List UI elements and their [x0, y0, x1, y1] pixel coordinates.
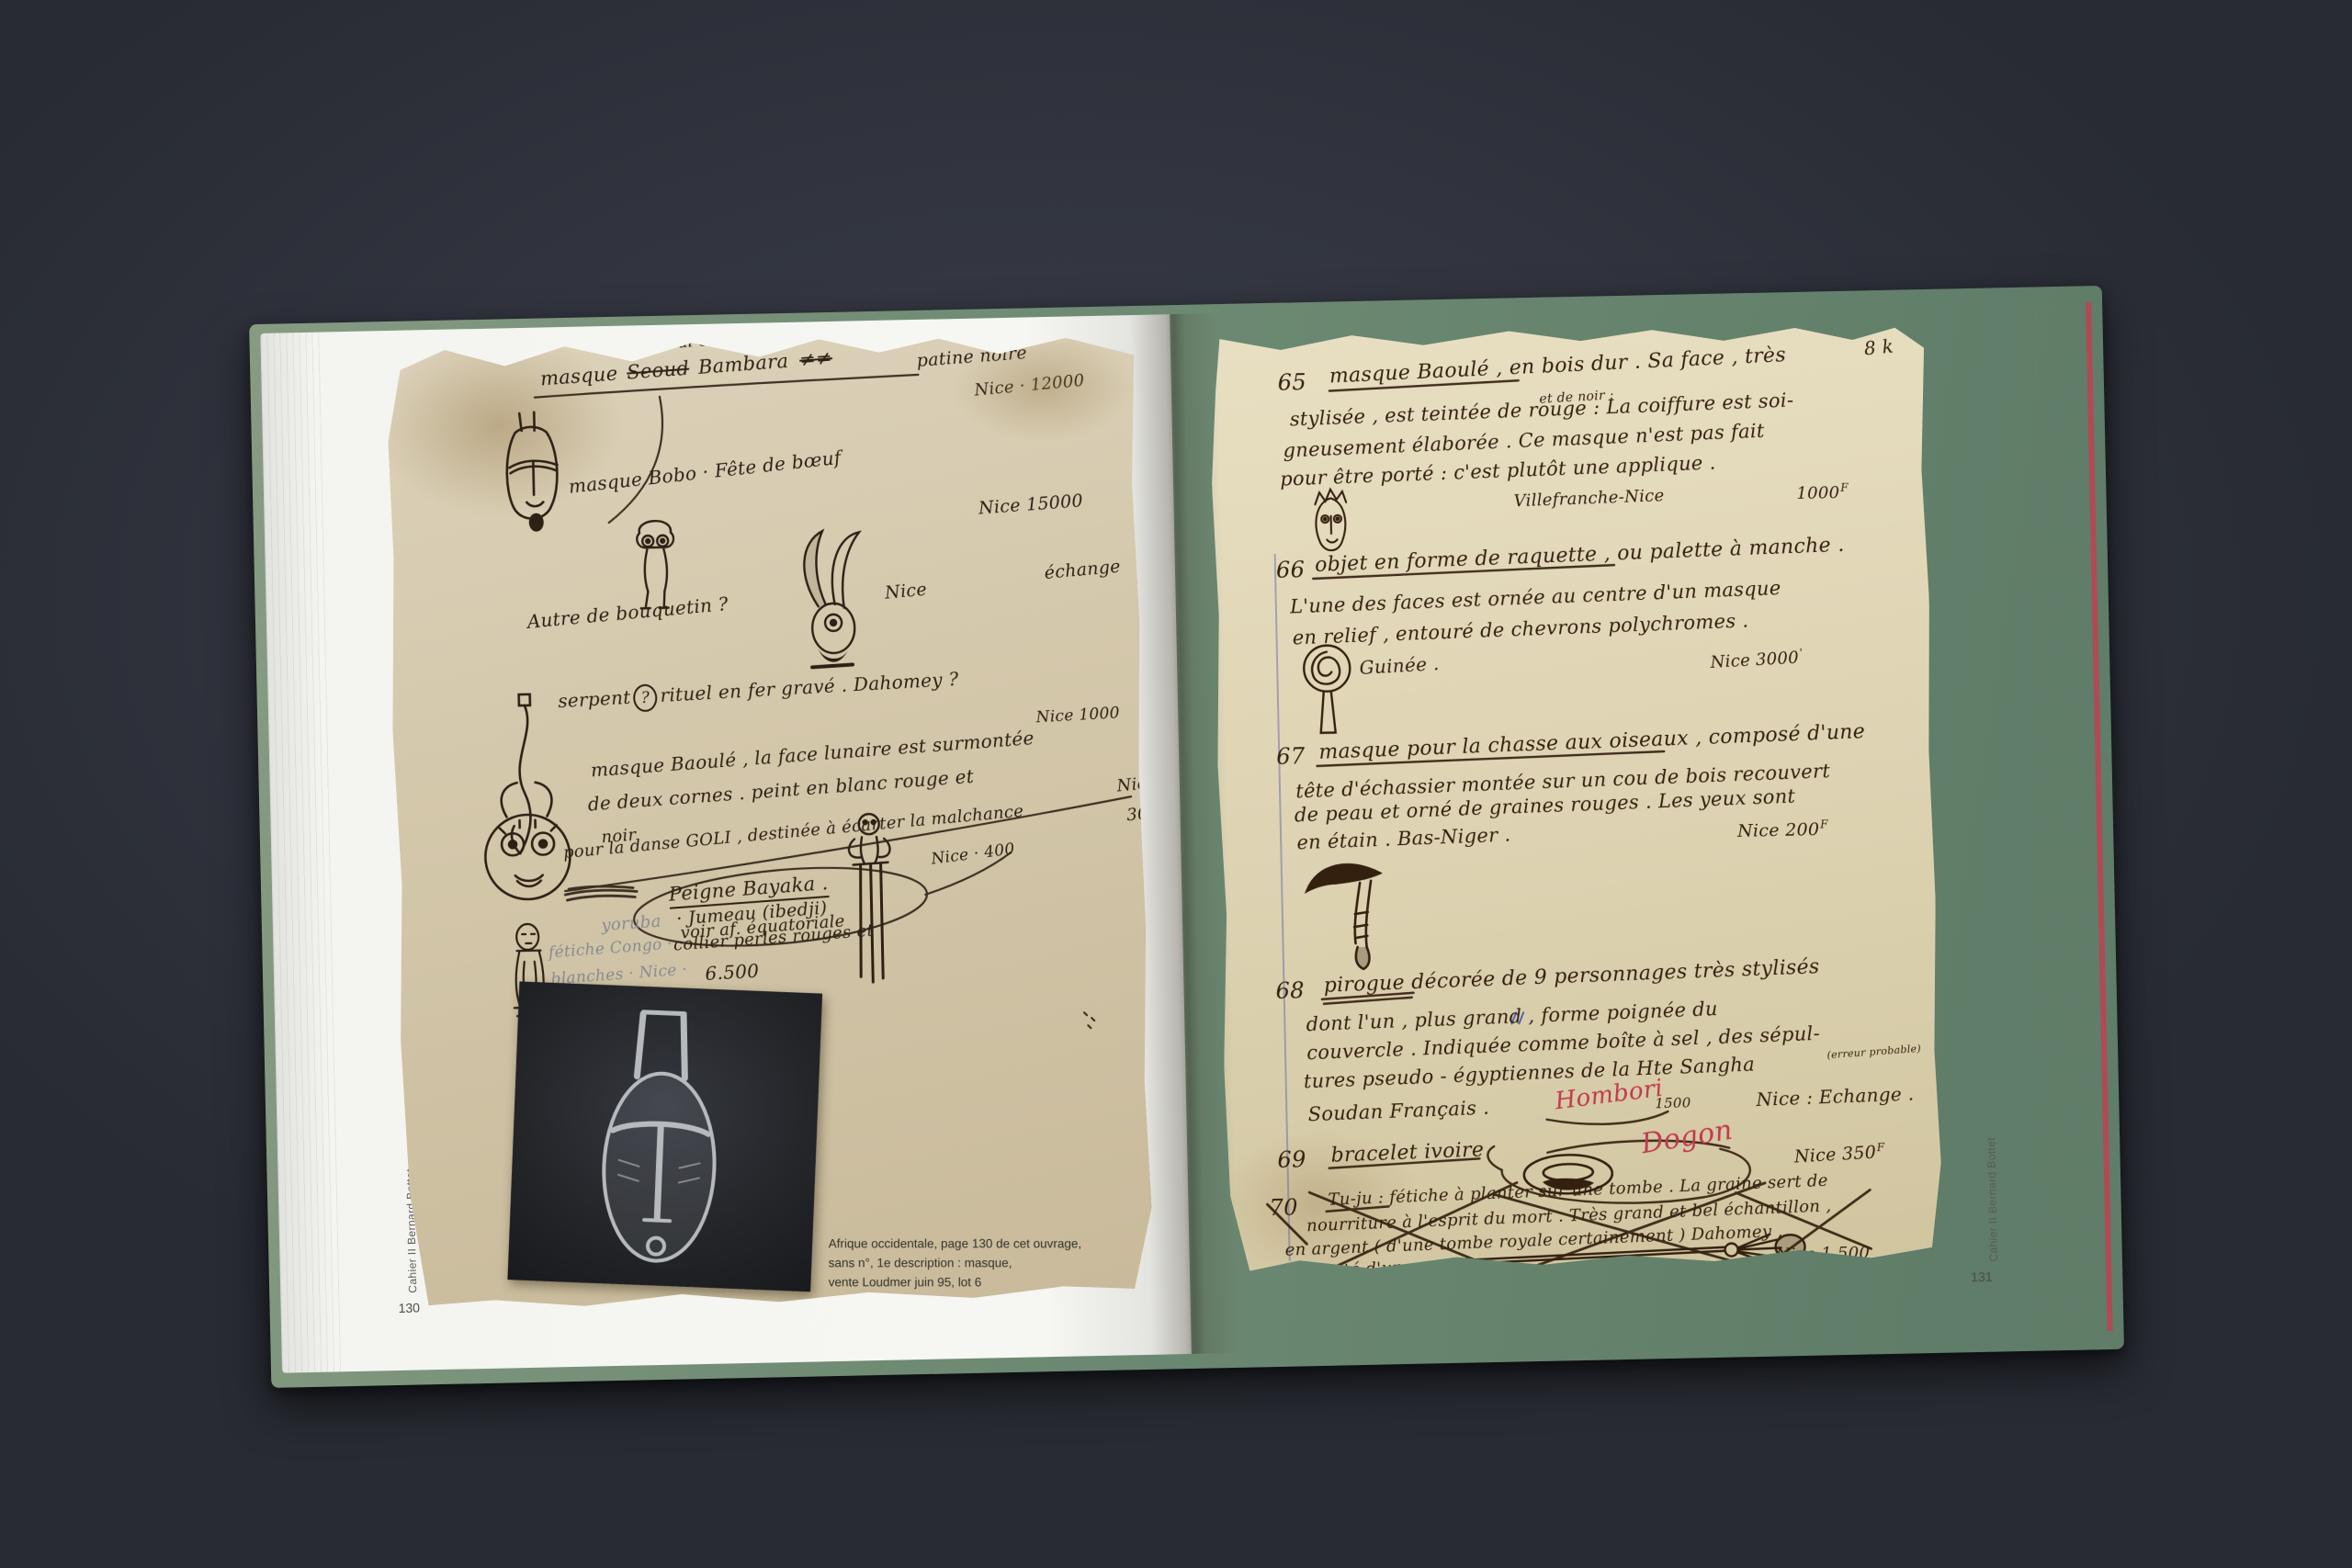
struck-word: Seoud: [626, 357, 690, 384]
red-annotation-dogon: Dogon: [1639, 1114, 1736, 1161]
price-note: Nice · 400: [930, 840, 1015, 868]
entry-line: en étain . Bas-Niger .: [1296, 823, 1511, 853]
entry-number: 65: [1277, 369, 1306, 396]
entry-price: Nice 350F: [1793, 1141, 1885, 1168]
price-note: Nice · 12000: [974, 371, 1086, 400]
entry-number: 66: [1276, 557, 1306, 583]
entry-title-line: objet en forme de raquette , ou palette …: [1315, 534, 1845, 577]
entry-title: masque pour la chasse aux oiseaux: [1318, 727, 1689, 763]
circled-question-mark: ?: [633, 683, 659, 712]
fetiche-pencil-note: fétiche Congo ·: [548, 935, 673, 963]
price-superscript: F: [1876, 1141, 1884, 1154]
entry-number: 68: [1275, 977, 1305, 1004]
price-value: Nice 350: [1793, 1142, 1876, 1167]
notebook-sheet-right: 8 k 65 masque Baoulé , en bois dur . Sa …: [1209, 320, 1943, 1271]
entry-title-line: masque Baoulé , en bois dur . Sa face , …: [1329, 344, 1786, 388]
entry-title: bracelet ivoire: [1330, 1138, 1485, 1167]
entry-number: 69: [1277, 1146, 1306, 1173]
entry-title-line: pirogue décorée de 9 personnages très st…: [1323, 955, 1820, 998]
price-value: 1000: [1796, 483, 1839, 503]
title-word: masque: [539, 362, 618, 389]
serpent-word: serpent: [558, 686, 632, 712]
entry-price: Nice 3000': [1710, 646, 1804, 672]
bambara-title-line: masqueSeoudBambara≠≠: [539, 346, 833, 389]
photo-caption: Afrique occidentale, page 130 de cet ouv…: [829, 1234, 1081, 1292]
price-superscript: F: [1820, 818, 1828, 830]
raquette-sketch: [1300, 642, 1355, 739]
page-number-left: 130: [398, 1301, 420, 1315]
price-value: Nice 3000: [1710, 649, 1800, 672]
price-note: Nice 15000: [978, 491, 1083, 518]
bobo-note: masque Bobo · Fête de bœuf: [568, 446, 842, 498]
spine-caption-right: Cahier II Bernard Bottet: [1984, 1137, 2000, 1262]
entry-place: Villefranche-Nice: [1513, 486, 1665, 511]
bambara-mask-sketch: [496, 410, 571, 536]
price-note: échange: [1044, 557, 1122, 583]
caption-line: Afrique occidentale, page 130 de cet ouv…: [829, 1234, 1081, 1253]
annotation-price: 1500: [1655, 1094, 1691, 1111]
price-superscript: ': [1799, 646, 1803, 659]
entry-title-rest: décorée de 9 personnages très stylisés: [1404, 955, 1820, 994]
open-book: Cahier II Bernard Bottet 130 d'amiral co…: [260, 295, 2105, 1372]
entry-place: Guinée .: [1359, 652, 1440, 679]
photo-mask-figure: [507, 981, 822, 1292]
peigne-comb-sketch: [839, 810, 916, 987]
price-note: 6.500: [705, 960, 760, 985]
entry-line: Soudan Français .: [1307, 1097, 1489, 1126]
entry-title-rest: , en bois dur . Sa face , très: [1488, 344, 1786, 380]
entry-line: en relief , entouré de chevrons polychro…: [1292, 609, 1748, 649]
price-note: Nice: [884, 580, 928, 604]
bird-head-sketch: [1303, 854, 1386, 976]
entry-number: 70: [1269, 1194, 1298, 1221]
entry-number: 67: [1276, 743, 1306, 770]
entry-title-line: masque pour la chasse aux oiseaux , comp…: [1318, 720, 1866, 764]
parenthetical-note: (erreur probable): [1826, 1043, 1921, 1061]
entry-price: Nice : Echange .: [1756, 1082, 1915, 1111]
struck-mark: ≠≠: [798, 346, 832, 371]
title-name: Bambara: [697, 350, 789, 378]
price-value: Nice 200: [1737, 819, 1820, 841]
price-note: Nice 1000: [1035, 704, 1120, 727]
entry-title-rest: , composé d'une: [1688, 720, 1865, 750]
entry-title-rest: , ou palette à manche .: [1597, 534, 1845, 566]
notebook-sheet-left: d'amiral cornu en heure ?) masqueSeoudBa…: [385, 330, 1154, 1310]
serpent-note: serpent?rituel en fer gravé . Dahomey ?: [558, 667, 960, 716]
goli-face-sketch: [477, 779, 579, 911]
price-superscript: F: [1840, 481, 1849, 494]
entry-title: pirogue: [1323, 971, 1405, 997]
inset-mask-photo: [507, 981, 822, 1292]
yoruba-pencil-note: yoruba: [601, 912, 662, 936]
page-number-right: 131: [1971, 1269, 1993, 1284]
caption-line: sans n°, 1e description : masque,: [829, 1253, 1081, 1272]
corner-note: 8 k: [1863, 334, 1894, 359]
entry-price: Nice 200F: [1737, 818, 1828, 840]
entry-price: 1000F: [1796, 481, 1849, 503]
bouquetin-head-sketch: [786, 526, 876, 675]
photo-backdrop: Cahier II Bernard Bottet 130 d'amiral co…: [0, 0, 2352, 1568]
entry-title: masque Baoulé: [1329, 357, 1489, 388]
baoule-mask-sketch: [1300, 486, 1361, 555]
